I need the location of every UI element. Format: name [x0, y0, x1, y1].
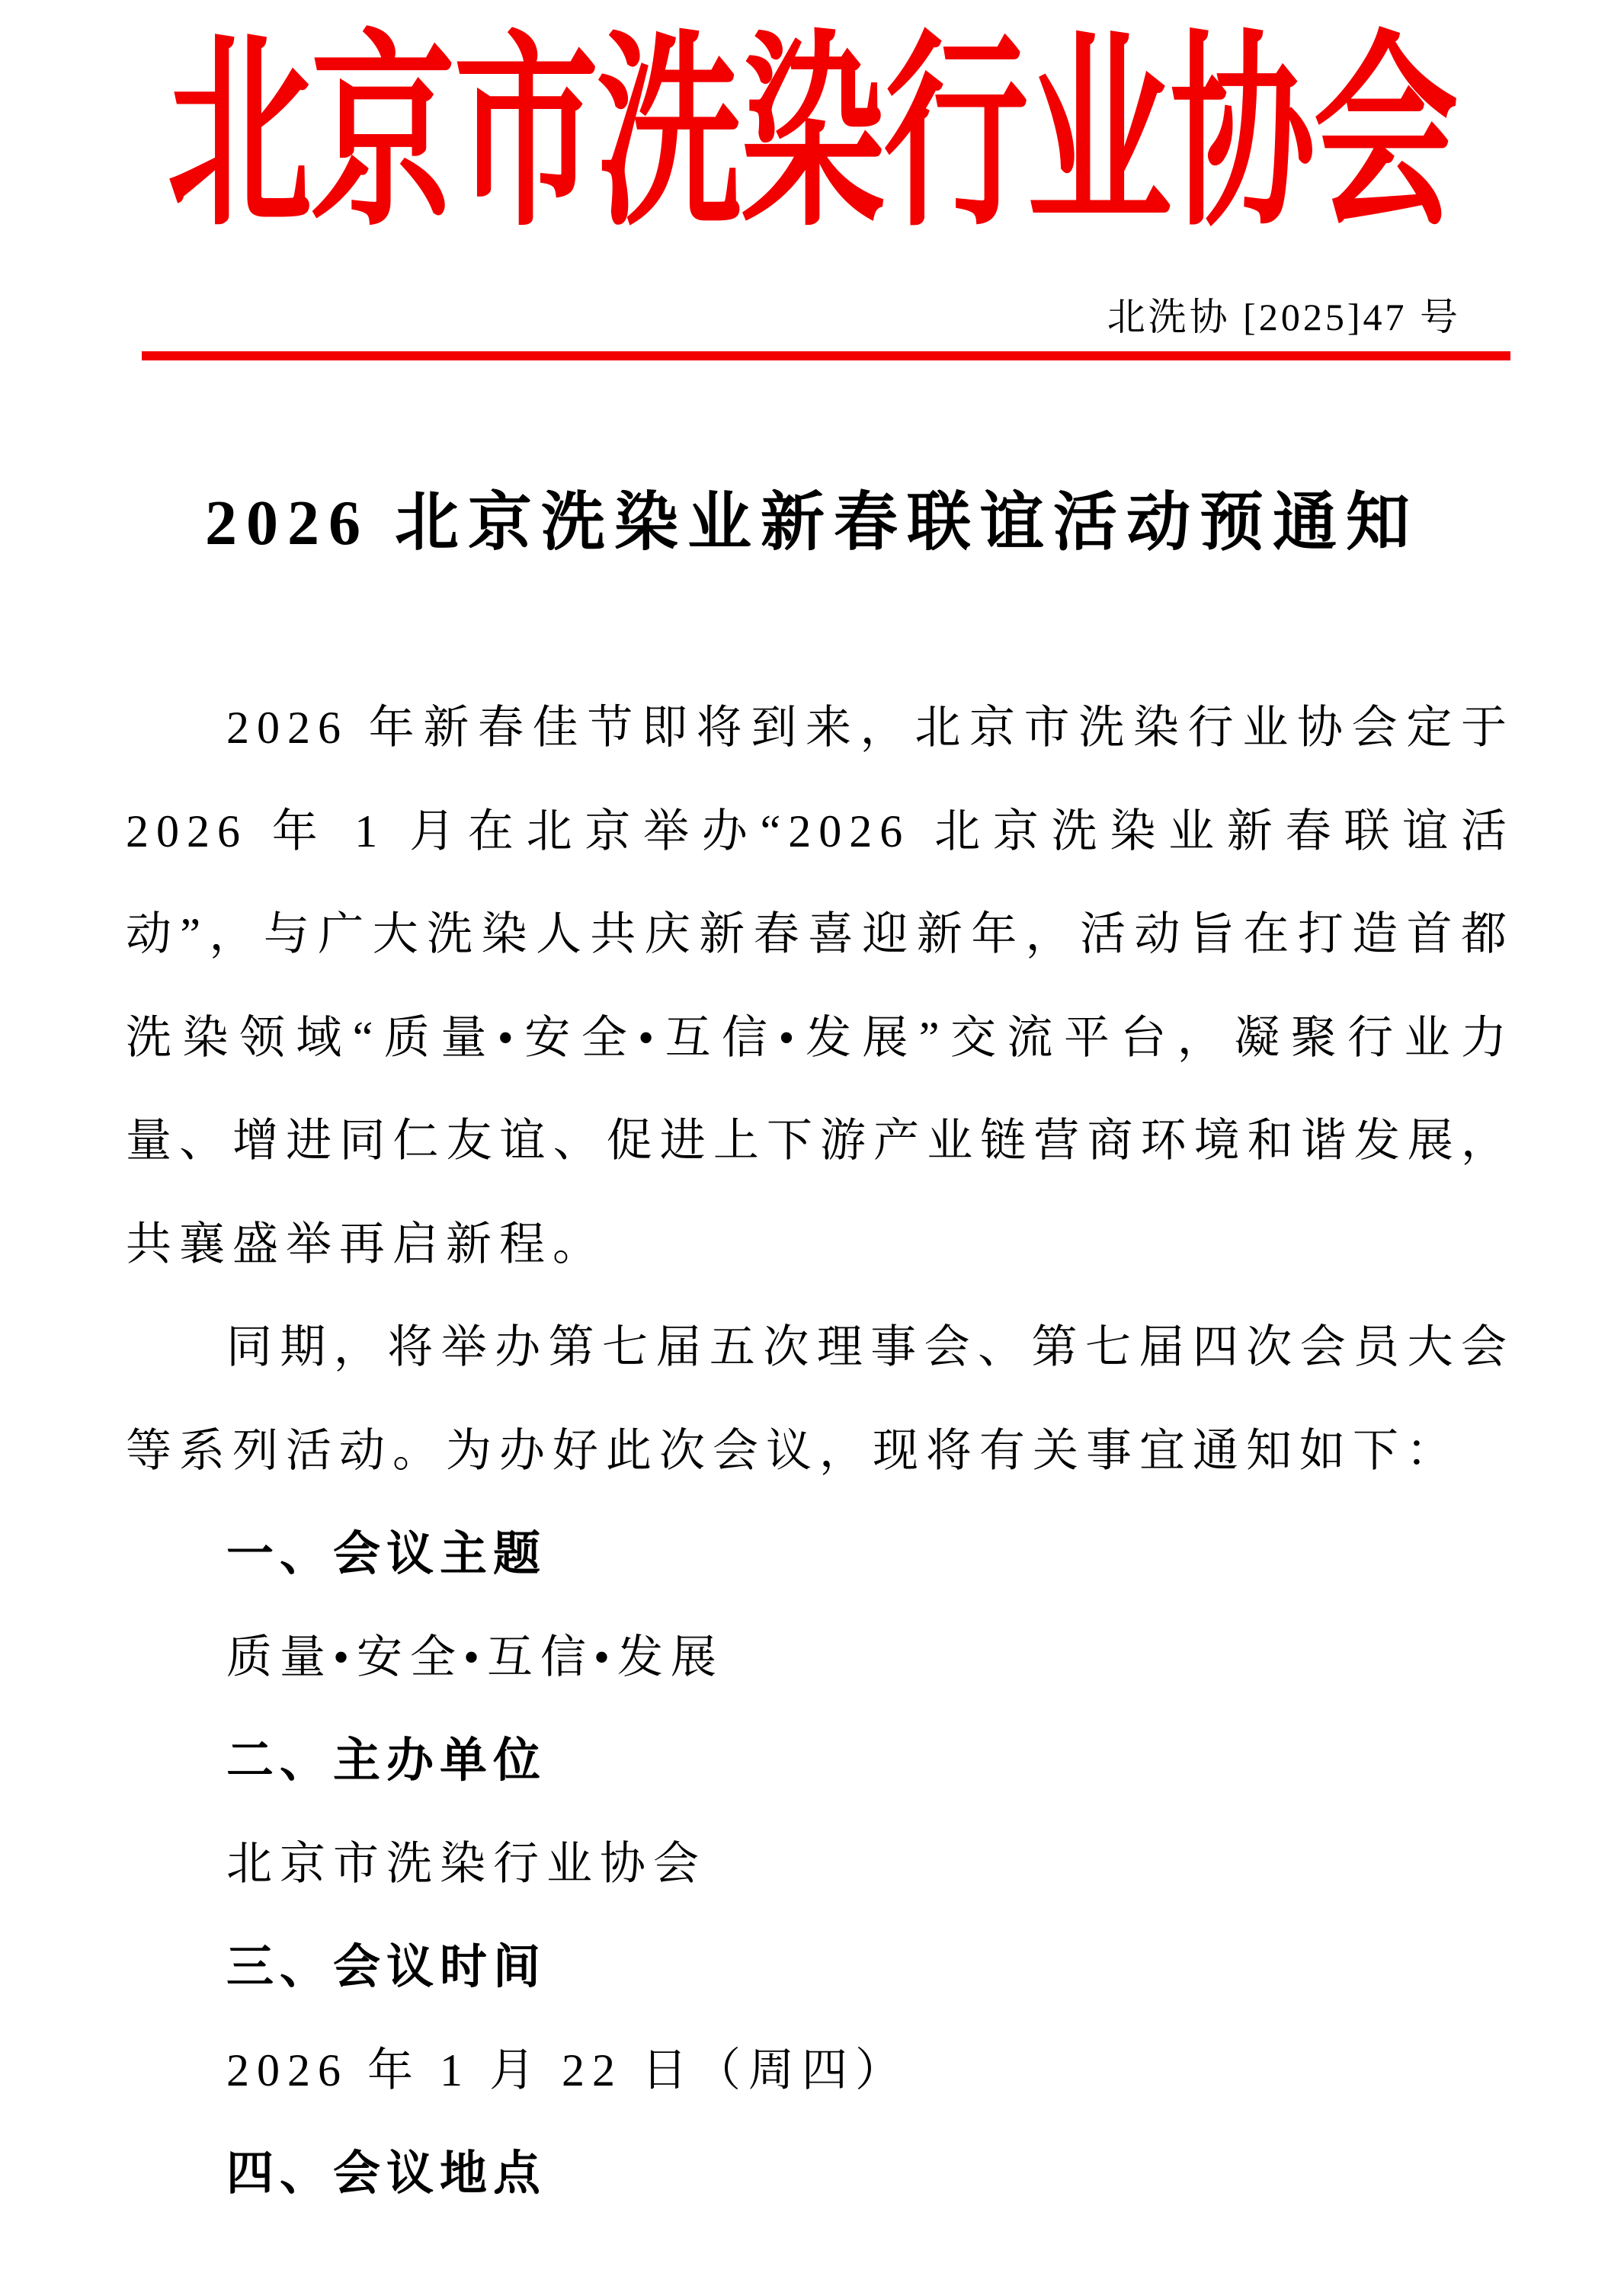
- section-1-content: 质量•安全•互信•发展: [126, 1606, 1514, 1710]
- notice-body: 2026 年新春佳节即将到来，北京市洗染行业协会定于 2026 年 1 月在北京…: [126, 677, 1514, 2226]
- section-2-content: 北京市洗染行业协会: [126, 1813, 1514, 1916]
- paragraph-arrangement: 同期，将举办第七届五次理事会、第七届四次会员大会等系列活动。为办好此次会议，现将…: [126, 1296, 1514, 1503]
- letterhead-org-title: 北京市洗染行业协会: [0, 30, 1624, 244]
- notice-title: 2026 北京洗染业新春联谊活动预通知: [0, 482, 1624, 565]
- letterhead-divider-line: [142, 351, 1510, 360]
- section-3-content: 2026 年 1 月 22 日（周四）: [126, 2019, 1514, 2123]
- section-4-heading: 四、会议地点: [126, 2122, 1514, 2226]
- document-page: 北京市洗染行业协会 北洗协 [2025]47 号 2026 北京洗染业新春联谊活…: [0, 0, 1624, 2286]
- doc-reference-number: 北洗协 [2025]47 号: [1107, 294, 1461, 340]
- section-3-heading: 三、会议时间: [126, 1916, 1514, 2019]
- section-1-heading: 一、会议主题: [126, 1503, 1514, 1606]
- paragraph-intro: 2026 年新春佳节即将到来，北京市洗染行业协会定于 2026 年 1 月在北京…: [126, 677, 1514, 1296]
- section-2-heading: 二、主办单位: [126, 1709, 1514, 1813]
